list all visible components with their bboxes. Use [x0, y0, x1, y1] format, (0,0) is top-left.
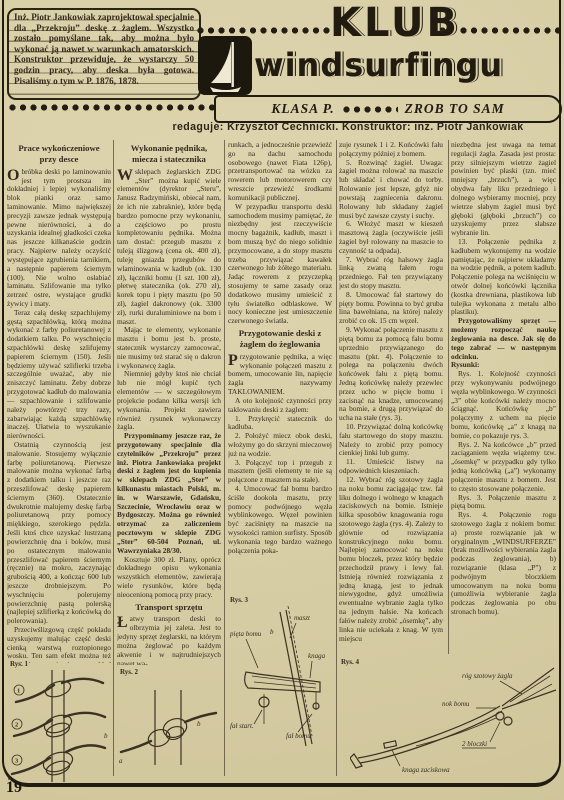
dots-row [196, 26, 330, 35]
figure-rys-2: a b [117, 690, 221, 765]
svg-text:nok bomu: nok bomu [442, 700, 470, 708]
list-item: 1. Przykręcić statecznik do kadłuba. [228, 415, 332, 433]
figure-rys-4: róg szotowy żagla nok bomu 2 bloczki kna… [350, 664, 558, 784]
drop-cap: W [117, 169, 133, 182]
paragraph: W przypadku transportu deski samochodem … [228, 203, 332, 326]
drop-cap: P [228, 354, 238, 367]
class-band: KLASA P. ZROB TO SAM [214, 95, 562, 123]
paragraph: Mając te elementy, wykonanie masztu i bo… [117, 326, 221, 370]
drop-cap: O [7, 169, 19, 182]
figure-2-caption: Rys. 2 [120, 668, 138, 676]
svg-text:2 bloczki: 2 bloczki [462, 740, 487, 748]
section-heading: Prace wykończeniowe przy desce [9, 143, 109, 165]
figure-rys-1: 1 2 3 a b [6, 670, 112, 782]
figure-1-caption: Rys. 1 [10, 660, 28, 668]
list-item: 2. Położyć miecz obok deski, włożymy go … [228, 432, 332, 458]
list-item: 3. Połączyć top i przegub z masztem (jeś… [228, 459, 332, 485]
dots-row [342, 105, 398, 114]
sailboat-icon [198, 36, 252, 95]
column-rule [448, 140, 449, 654]
svg-text:róg szotowy żagla: róg szotowy żagla [462, 672, 513, 680]
intro-box: Inż. Piotr Jankowiak zaprojektował specj… [7, 8, 201, 100]
svg-text:knaga zaciskowa: knaga zaciskowa [402, 766, 450, 774]
paragraph: 13. Połączenie pędnika z kadłubem wykonu… [451, 238, 556, 317]
svg-text:2: 2 [15, 722, 18, 729]
column-3: runkach, a jednocześnie przewieźć go na … [228, 141, 332, 593]
figure-caption-text: Rys. 3. Połączenie masztu z piętą bomu. [451, 494, 556, 512]
column-4: zuje rysunek 1 i 2. Końcówki fału połącz… [339, 141, 443, 658]
paragraph: Wsklepach żeglarskich ZDG „Ster” można k… [117, 168, 221, 327]
paragraph: Ostatnią czynnością jest malowanie. Stos… [7, 441, 111, 626]
section-heading: Transport sprzętu [119, 602, 219, 613]
paragraph: Teraz całą deskę szpachlujemy gęstą szpa… [7, 309, 111, 441]
dots-row [8, 103, 218, 112]
figure-caption-text: Rys. 2. Na końcówce „b” przed zaciąganie… [451, 441, 556, 494]
column-rule [224, 140, 225, 776]
svg-text:fał bomu: fał bomu [286, 732, 311, 740]
paragraph: runkach, a jednocześnie przewieźć go na … [228, 141, 332, 203]
figure-caption-text: Rys. 4. Połączenie rogu szotowego żagla … [451, 511, 556, 617]
svg-text:b: b [104, 732, 108, 740]
paragraph-bold: Przypominamy jeszcze raz, że przygotowan… [117, 432, 221, 555]
paragraph: A oto kolejność czynności przy taklowani… [228, 397, 332, 415]
paragraph: zuje rysunek 1 i 2. Końcówki fału połącz… [339, 141, 443, 159]
list-item: 7. Wybrać róg halsowy żagla linką zwaną … [339, 256, 443, 291]
paragraph: Niemniej gdyby ktoś nie chciał lub nie m… [117, 370, 221, 432]
page-number: 19 [6, 779, 22, 797]
svg-text:pięta bomu: pięta bomu [229, 630, 262, 638]
paragraph: Obróbka deski po laminowaniu jest tym pr… [7, 168, 111, 309]
svg-text:b: b [270, 628, 274, 636]
list-item: 4. Umocować fał bomu bardzo ściśle dooko… [228, 485, 332, 556]
svg-text:knaga: knaga [308, 652, 326, 660]
figure-caption-text: Rys. 1. Kolejność czynności przy wykonyw… [451, 370, 556, 441]
column-rule [336, 140, 337, 776]
list-item: 11. Umieścić listwy na odpowiednich kies… [339, 458, 443, 476]
svg-text:maszt: maszt [294, 614, 311, 622]
drop-cap: Ł [117, 616, 128, 629]
column-5: niezbędna jest uwaga na temat regulacji … [451, 141, 556, 691]
list-item: 12. Wybrać róg szotowy żagla na noku bom… [339, 476, 443, 643]
section-heading: Wykonanie pędnika, miecza i statecznika [119, 143, 219, 165]
list-item: 5. Rozwinąć żagiel. Uwaga: żagiel można … [339, 159, 443, 221]
band-zrob-label: ZROB TO SAM [405, 101, 505, 117]
list-item: 10. Przywiązać dolną końcówkę fału start… [339, 423, 443, 458]
list-item: 9. Wykonać połączenie masztu z piętą bom… [339, 326, 443, 423]
svg-text:fał start.: fał start. [230, 722, 254, 730]
svg-text:3: 3 [15, 758, 19, 765]
paragraph: Przeciwślizgową część pokładu uzyskujemy… [7, 626, 111, 663]
paragraph: Kosztuje 300 zł. Plany, oprócz dokładneg… [117, 556, 221, 600]
band-klasa-label: KLASA P. [271, 101, 334, 117]
figure-rys-3: pięta bomu maszt b knaga fał start. fał … [228, 606, 334, 748]
svg-text:b: b [197, 720, 201, 728]
club-title: KLUB [330, 0, 450, 46]
svg-text:a: a [119, 757, 123, 765]
paragraph: Łatwy transport deski to olbrzymia jej z… [117, 615, 221, 665]
figure-3-caption: Rys. 3 [230, 596, 248, 604]
byline: redaguje: Krzysztof Cechnicki. Konstrukt… [138, 121, 558, 133]
intro-text: Inż. Piotr Jankowiak zaprojektował specj… [14, 12, 194, 86]
column-2: Wykonanie pędnika, miecza i statecznika … [117, 141, 221, 665]
column-rule [113, 140, 114, 776]
paragraph: Przygotowanie pędnika, a więc wykonanie … [228, 353, 332, 397]
paragraph-bold: Przygotowaliśmy sprzęt — możemy rozpoczą… [451, 317, 556, 361]
windsurfing-title: windsurfingu [254, 46, 560, 84]
paragraph: niezbędna jest uwaga na temat regulacji … [451, 141, 556, 238]
section-heading: Przygotowanie deski z żaglem do żeglowan… [230, 328, 330, 350]
list-item: 6. Włożyć maszt w kieszeń masztową żagla… [339, 220, 443, 255]
list-item: 8. Umocować fał startowy do pięty bomu. … [339, 291, 443, 326]
club-logo [198, 36, 252, 95]
svg-text:1: 1 [17, 688, 20, 695]
magazine-page: Inż. Piotr Jankowiak zaprojektował specj… [0, 0, 564, 800]
column-1: Prace wykończeniowe przy desce Obróbka d… [7, 141, 111, 663]
